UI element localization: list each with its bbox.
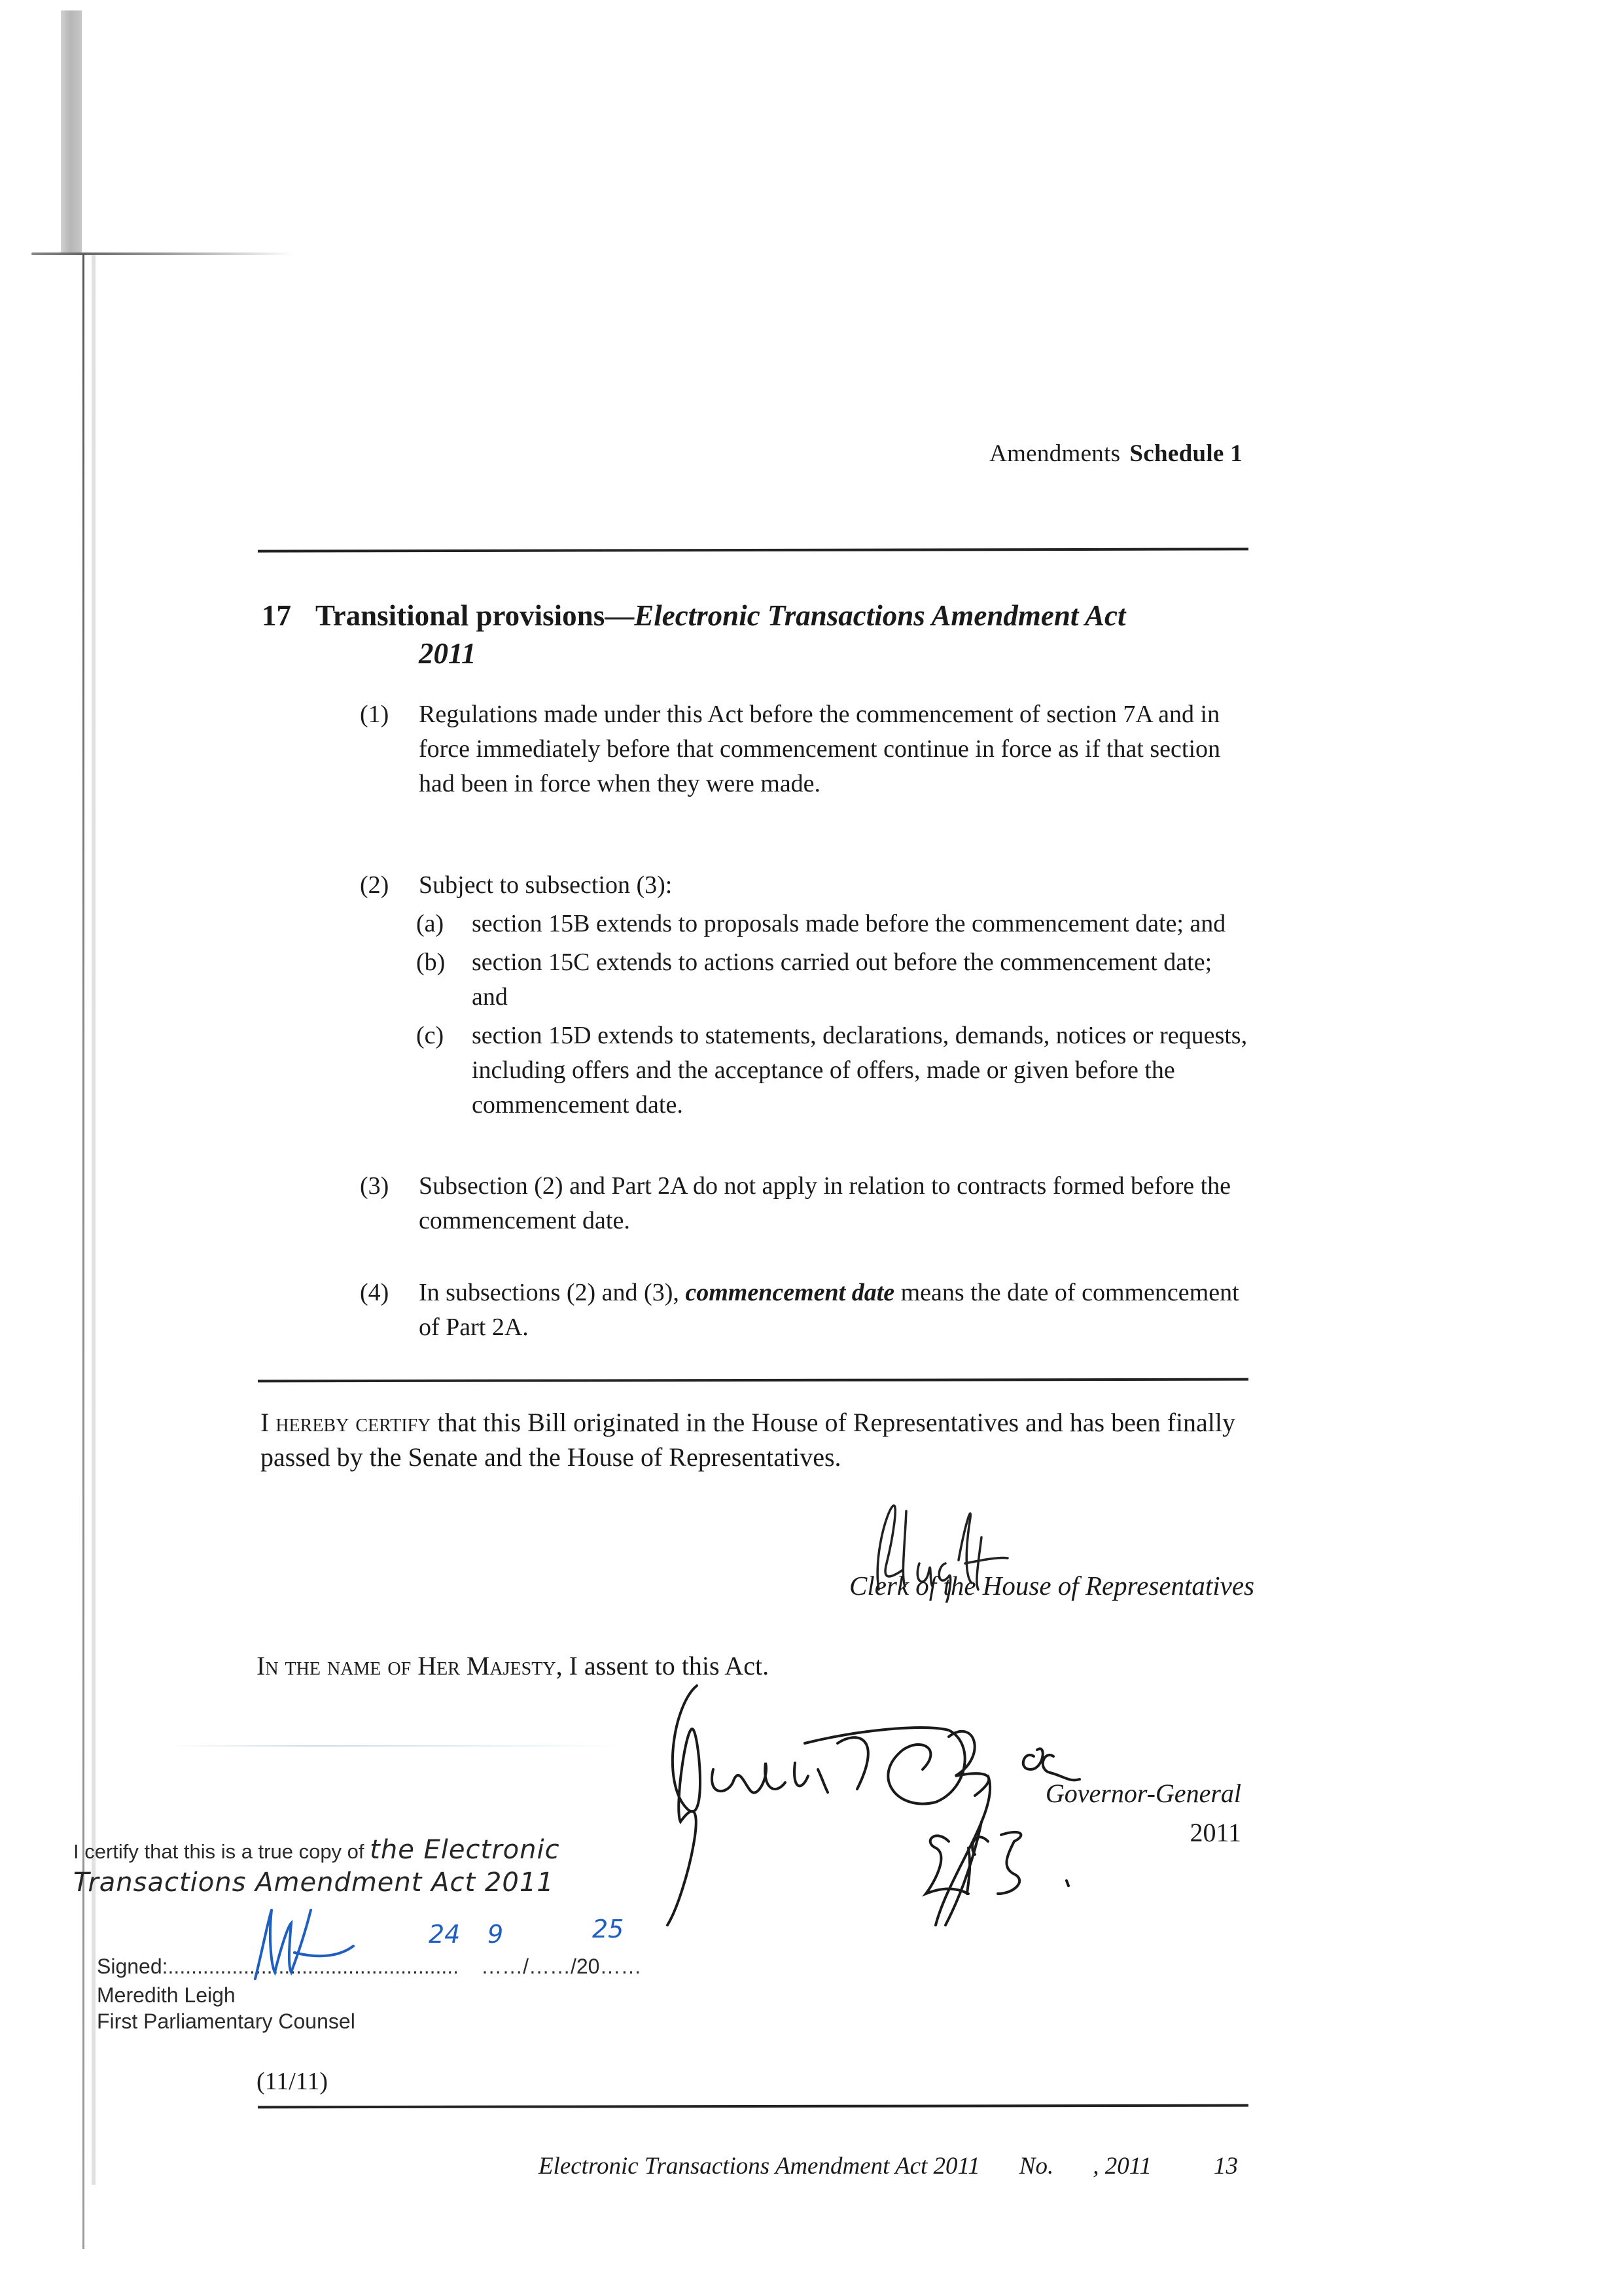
signer-title: First Parliamentary Counsel <box>97 2008 355 2034</box>
paragraph-text: section 15B extends to proposals made be… <box>472 910 1226 937</box>
footer-act-title: Electronic Transactions Amendment Act 20… <box>538 2152 980 2180</box>
certify-lead-in: I hereby certify <box>260 1408 431 1437</box>
subsection-3: (3) Subsection (2) and Part 2A do not ap… <box>360 1169 1250 1254</box>
subsection-2: (2) Subject to subsection (3): (a) secti… <box>360 868 1250 1122</box>
subsection-text: Subsection (2) and Part 2A do not apply … <box>419 1172 1231 1234</box>
running-head: AmendmentsSchedule 1 <box>989 440 1243 468</box>
section-title-act-year: 2011 <box>262 635 1256 672</box>
subsection-label: (3) <box>360 1169 389 1204</box>
page-number: 13 <box>1214 2152 1238 2180</box>
defined-term: commencement date <box>685 1279 894 1306</box>
subsection-label: (2) <box>360 868 389 903</box>
subsection-label: (1) <box>360 697 389 732</box>
paragraph-c: (c) section 15D extends to statements, d… <box>416 1018 1250 1122</box>
subsection-4: (4) In subsections (2) and (3), commence… <box>360 1276 1250 1361</box>
signer-name: Meredith Leigh <box>97 1982 355 2008</box>
header-rule <box>258 548 1248 552</box>
assent-text: , I assent to this Act. <box>556 1651 769 1680</box>
page-footer: Electronic Transactions Amendment Act 20… <box>538 2152 1238 2180</box>
date-year-suffix: 25 <box>592 1915 624 1943</box>
subsection-text-before: In subsections (2) and (3), <box>419 1279 685 1306</box>
subsection-1: (1) Regulations made under this Act befo… <box>360 697 1250 817</box>
house-certification: I hereby certify that this Bill originat… <box>260 1405 1255 1474</box>
true-copy-stamp: I certify that this is a true copy of th… <box>73 1835 662 1898</box>
assent-statement: In the name of Her Majesty, I assent to … <box>256 1650 769 1681</box>
counsel-signature <box>216 1907 386 1985</box>
signed-label: Signed: <box>97 1955 168 1978</box>
running-head-part: Amendments <box>989 440 1120 467</box>
document-page: AmendmentsSchedule 1 17Transitional prov… <box>0 0 1624 2296</box>
subsection-text: Subject to subsection (3): <box>419 871 672 899</box>
subsection-text: Regulations made under this Act before t… <box>419 701 1220 797</box>
section-heading: 17Transitional provisions—Electronic Tra… <box>262 597 1256 672</box>
stamp-printed-text: I certify that this is a true copy of <box>73 1840 364 1863</box>
footer-year: , 2011 <box>1093 2152 1152 2180</box>
governor-general-title: Governor-General <box>1046 1778 1241 1809</box>
page-code: (11/11) <box>256 2067 328 2096</box>
scan-artifact-line <box>167 1745 625 1747</box>
paragraph-label: (c) <box>416 1018 444 1053</box>
section-title: Transitional provisions— <box>315 599 634 632</box>
running-head-schedule: Schedule 1 <box>1129 440 1243 467</box>
date-month: 9 <box>487 1920 503 1949</box>
footer-number-label: No. <box>1019 2152 1053 2180</box>
date-day: 24 <box>429 1920 460 1949</box>
paragraph-text: section 15C extends to actions carried o… <box>472 948 1212 1011</box>
body-end-rule <box>258 1378 1248 1383</box>
stamp-handwritten-line1: the Electronic <box>370 1835 559 1865</box>
signer: Meredith Leigh First Parliamentary Couns… <box>97 1982 355 2034</box>
clerk-title: Clerk of the House of Representatives <box>849 1570 1254 1601</box>
footer-rule <box>258 2104 1248 2109</box>
paragraph-label: (a) <box>416 907 444 941</box>
assent-year: 2011 <box>1190 1817 1241 1848</box>
paragraph-text: section 15D extends to statements, decla… <box>472 1022 1247 1119</box>
paragraph-a: (a) section 15B extends to proposals mad… <box>416 907 1250 941</box>
section-number: 17 <box>262 597 315 635</box>
paragraph-label: (b) <box>416 945 445 980</box>
date-template: ……/……/20…… <box>481 1955 641 1978</box>
paragraph-b: (b) section 15C extends to actions carri… <box>416 945 1250 1015</box>
section-title-act: Electronic Transactions Amendment Act <box>634 599 1125 632</box>
subsection-label: (4) <box>360 1276 389 1310</box>
stamp-handwritten-line2: Transactions Amendment Act 2011 <box>73 1868 662 1898</box>
assent-lead-in: In the name of Her Majesty <box>256 1651 556 1680</box>
